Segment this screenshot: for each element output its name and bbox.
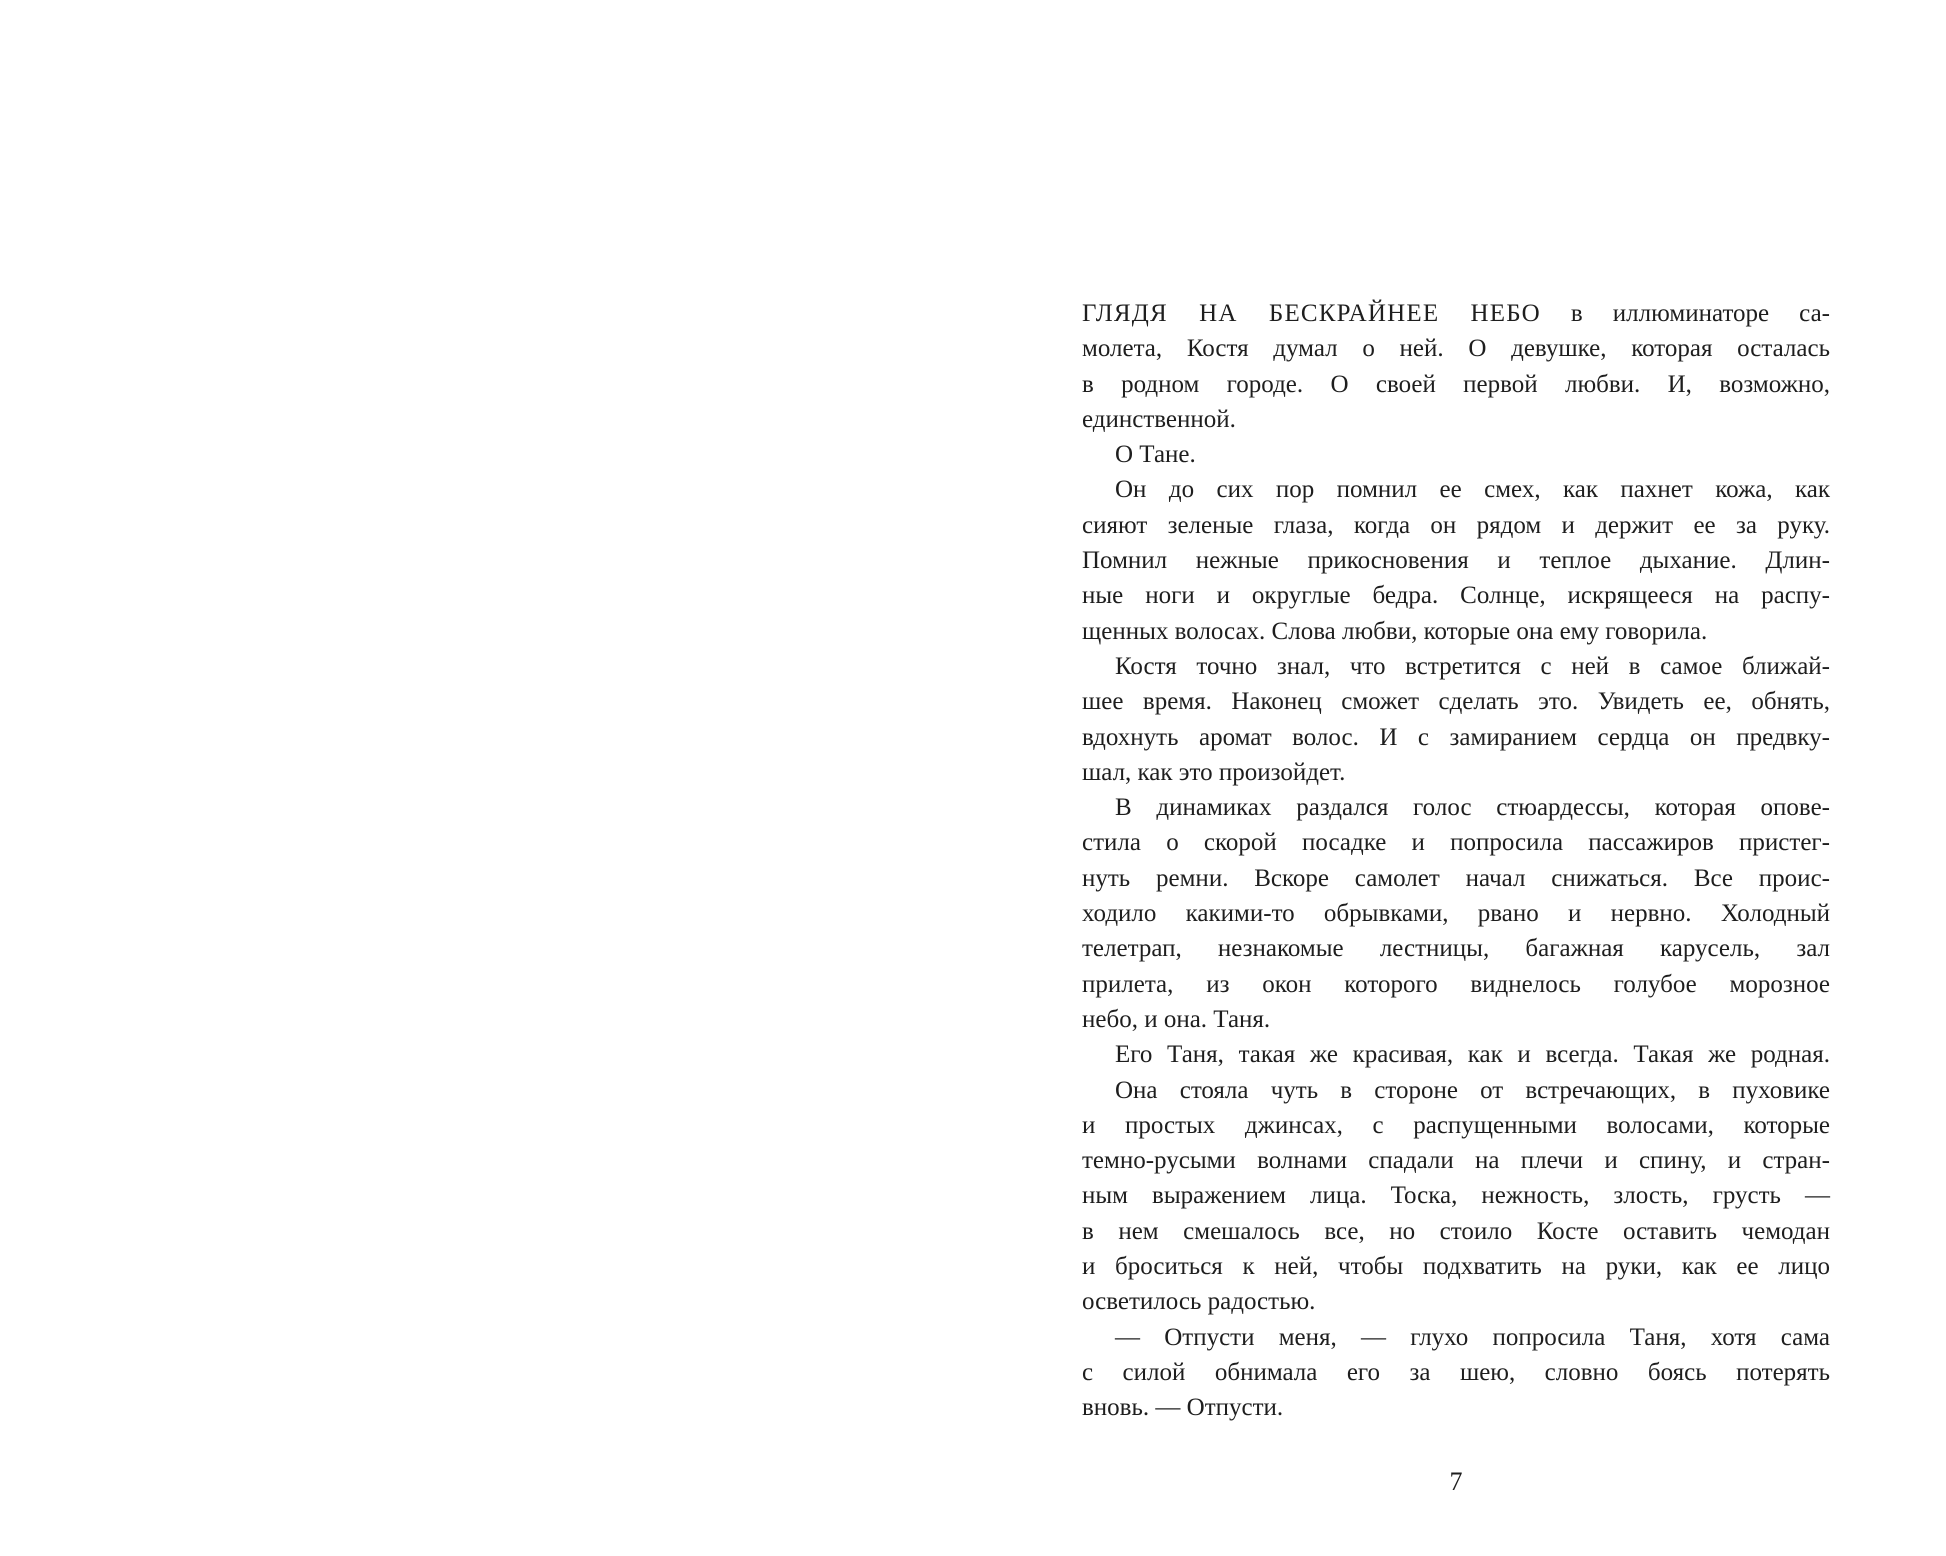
book-page: ГЛЯДЯ НА БЕСКРАЙНЕЕ НЕБО в иллюминаторе … (0, 0, 1946, 1556)
text-line: О Тане. (1082, 437, 1830, 472)
text-line: единственной. (1082, 402, 1830, 437)
text-line: и броситься к ней, чтобы подхватить на р… (1082, 1249, 1830, 1284)
text-line: вдохнуть аромат волос. И с замиранием се… (1082, 720, 1830, 755)
paragraph-lead-caps: ГЛЯДЯ НА БЕСКРАЙНЕЕ НЕБО (1082, 300, 1541, 327)
text-line: молета, Костя думал о ней. О девушке, ко… (1082, 331, 1830, 366)
text-line: Его Таня, такая же красивая, как и всегд… (1082, 1037, 1830, 1072)
text-line: ным выражением лица. Тоска, нежность, зл… (1082, 1178, 1830, 1213)
paragraph: Он до сих пор помнил ее смех, как пахнет… (1082, 472, 1830, 648)
text-line: с силой обнимала его за шею, словно бояс… (1082, 1355, 1830, 1390)
text-line: темно-русыми волнами спадали на плечи и … (1082, 1143, 1830, 1178)
text-line: В динамиках раздался голос стюардессы, к… (1082, 790, 1830, 825)
text-line: щенных волосах. Слова любви, которые она… (1082, 614, 1830, 649)
text-line: стила о скорой посадке и попросила пасса… (1082, 825, 1830, 860)
text-line: ГЛЯДЯ НА БЕСКРАЙНЕЕ НЕБО в иллюминаторе … (1082, 296, 1830, 331)
text-line: — Отпусти меня, — глухо попросила Таня, … (1082, 1320, 1830, 1355)
paragraph: — Отпусти меня, — глухо попросила Таня, … (1082, 1320, 1830, 1426)
paragraph: В динамиках раздался голос стюардессы, к… (1082, 790, 1830, 1037)
text-line: прилета, из окон которого виднелось голу… (1082, 967, 1830, 1002)
page-number: 7 (1082, 1464, 1830, 1499)
text-line: шал, как это произойдет. (1082, 755, 1830, 790)
paragraph: Она стояла чуть в стороне от встречающих… (1082, 1073, 1830, 1320)
text-line: Помнил нежные прикосновения и теплое дых… (1082, 543, 1830, 578)
paragraph: Его Таня, такая же красивая, как и всегд… (1082, 1037, 1830, 1072)
text-line: шее время. Наконец сможет сделать это. У… (1082, 684, 1830, 719)
text-line: небо, и она. Таня. (1082, 1002, 1830, 1037)
text-line: осветилось радостью. (1082, 1284, 1830, 1319)
text-line: Костя точно знал, что встретится с ней в… (1082, 649, 1830, 684)
text-line: и простых джинсах, с распущенными волоса… (1082, 1108, 1830, 1143)
paragraph: О Тане. (1082, 437, 1830, 472)
text-line: в нем смешалось все, но стоило Косте ост… (1082, 1214, 1830, 1249)
paragraph: ГЛЯДЯ НА БЕСКРАЙНЕЕ НЕБО в иллюминаторе … (1082, 296, 1830, 437)
text-line: сияют зеленые глаза, когда он рядом и де… (1082, 508, 1830, 543)
text-line: вновь. — Отпусти. (1082, 1390, 1830, 1425)
text-line: нуть ремни. Вскоре самолет начал снижать… (1082, 861, 1830, 896)
text-line: Он до сих пор помнил ее смех, как пахнет… (1082, 472, 1830, 507)
text-line: Она стояла чуть в стороне от встречающих… (1082, 1073, 1830, 1108)
paragraph: Костя точно знал, что встретится с ней в… (1082, 649, 1830, 790)
text-line: телетрап, незнакомые лестницы, багажная … (1082, 931, 1830, 966)
text-block: ГЛЯДЯ НА БЕСКРАЙНЕЕ НЕБО в иллюминаторе … (1082, 296, 1830, 1426)
text-line: ные ноги и округлые бедра. Солнце, искря… (1082, 578, 1830, 613)
text-line: ходило какими-то обрывками, рвано и нерв… (1082, 896, 1830, 931)
text-line: в родном городе. О своей первой любви. И… (1082, 367, 1830, 402)
